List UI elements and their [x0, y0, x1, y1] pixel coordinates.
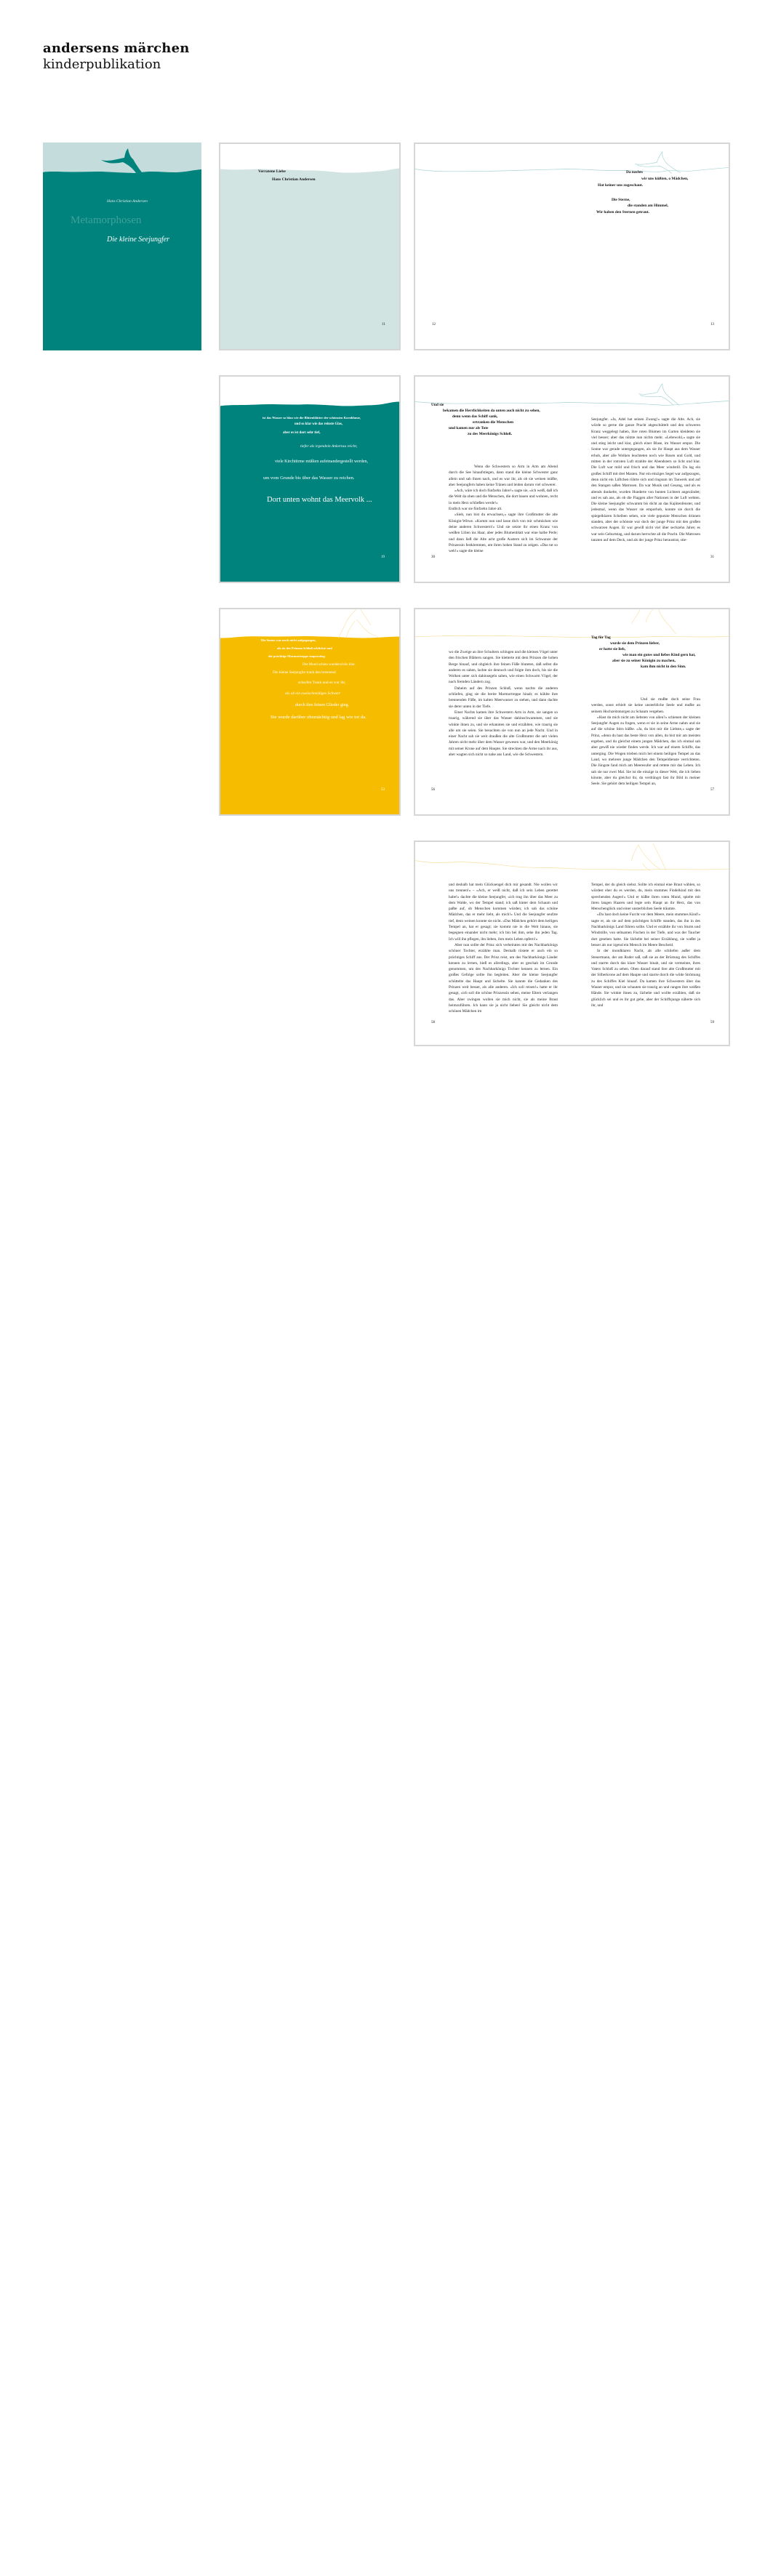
page-11[interactable]: Verratene Liebe Hans Christian Andersen … [219, 143, 401, 350]
verse-line: um vom Grunde bis über das Wasser zu rei… [263, 476, 355, 481]
left-page-number: 30 [431, 555, 435, 559]
left-page-number: 56 [431, 788, 435, 792]
book-cover[interactable]: Hans Christian Andersen Metamorphosen Di… [43, 143, 201, 350]
page-author: Hans Christian Andersen [272, 177, 316, 182]
wave-tail-illustration [220, 144, 399, 349]
spread-56-57[interactable]: wo die Zweige an ihre Schultern schlugen… [414, 608, 730, 816]
right-page-number: 57 [710, 788, 714, 792]
right-text-column: Tempel, der du gleich siehst. Sollte ich… [591, 882, 700, 1025]
right-page-number: 13 [710, 323, 714, 326]
verse-line: Die Sonne war noch nicht aufgegangen, [261, 638, 316, 642]
verse-line: Der Mond schien wunderschön klar. [303, 663, 356, 667]
cover-title: Die kleine Seejungfer [107, 236, 169, 244]
left-text-column: wo die Zweige an ihre Schultern schlugen… [449, 649, 558, 777]
verse-line: als sie des Prinzen Schloß erblickte und [277, 646, 332, 650]
site-title: andersens märchen [43, 41, 190, 57]
page-number: 19 [381, 555, 385, 559]
cover-author: Hans Christian Andersen [107, 199, 148, 204]
right-text-column: Seejungfer. »Ja, Adel hat seinen Zwang!«… [591, 417, 700, 560]
site-header: andersens märchen kinderpublikation [43, 41, 190, 73]
verse-line: aber es ist dort sehr tief, [283, 431, 320, 435]
left-page-number: 12 [432, 323, 436, 326]
wave-tail-outline [415, 144, 729, 349]
right-page-number: 59 [710, 1021, 714, 1024]
left-text-column: und deshalb hat mein Glücksengel dich mi… [449, 882, 558, 1025]
verse-line: und so klar wie das reinste Glas, [295, 422, 343, 426]
spread-58-59[interactable]: und deshalb hat mein Glücksengel dich mi… [414, 840, 730, 1046]
verse-line: Sie wurde darüber ohnmächtig und lag wie… [271, 715, 367, 720]
verse-line: Weit draussen im Meere [281, 404, 316, 408]
verse-line: ist das Wasser so blau wie die Blütenblä… [263, 416, 361, 420]
verse-line: tiefer als irgendein Ankertau reicht, [300, 444, 357, 449]
spread-30-31[interactable]: Und sie bekamen die Herrlichkeiten da un… [414, 375, 730, 583]
page-53[interactable]: Die Sonne war noch nicht aufgegangen, al… [219, 608, 401, 816]
left-text-column: Wenn die Schwestern so Arm in Arm am Abe… [449, 464, 558, 560]
verse-line: die prächtige Marmortreppe emporstieg. [268, 654, 326, 658]
right-page-number: 31 [710, 555, 714, 559]
verse-line: durch ihre feinen Glieder ging. [295, 703, 349, 707]
page-19[interactable]: Weit draussen im Meere ist das Wasser so… [219, 375, 401, 583]
right-text-column: Und sie mußte doch seine Frau werden, so… [591, 697, 700, 793]
verse-line-headline: Dort unten wohnt das Meervolk ... [267, 496, 372, 504]
verse-line: als ob ein zweischneidiges Schwert [285, 691, 340, 696]
page-number: 11 [382, 323, 385, 326]
site-subtitle: kinderpublikation [43, 57, 190, 73]
wave-tail-illustration [43, 143, 201, 350]
left-page-number: 58 [431, 1021, 435, 1024]
page-title: Verratene Liebe [258, 169, 286, 174]
verse-line: Die kleine Seejungfer trank den brennend [273, 670, 336, 675]
verse-line: viele Kirchtürme müßten aufeinandergeste… [275, 460, 368, 464]
verse-line: scharfen Trank und es war ihr, [298, 681, 345, 685]
spread-12-13[interactable]: Da nachts wir uns küßten, o Mädchen, Hat… [414, 143, 730, 350]
cover-series: Metamorphosen [71, 214, 141, 227]
page-number: 53 [381, 788, 385, 792]
